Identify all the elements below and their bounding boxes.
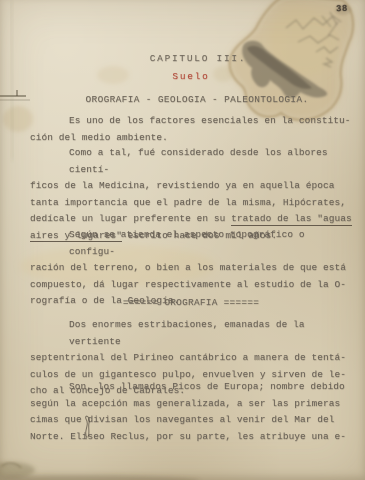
typewritten-manuscript-page: 38 CAPITULO III. Suelo OROGRAFIA - GEOLO… — [0, 0, 365, 480]
ink-flourish-reclus — [86, 416, 90, 438]
ink-marks-layer — [0, 0, 365, 480]
